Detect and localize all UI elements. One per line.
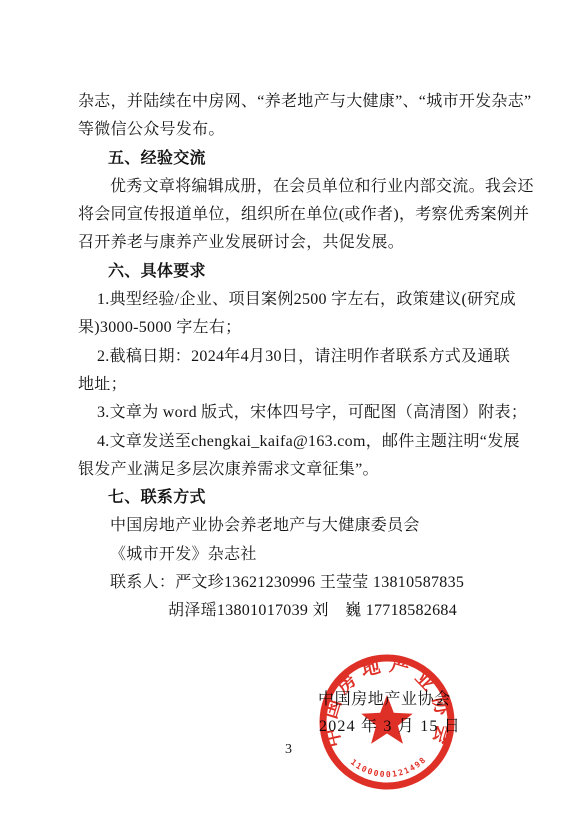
seal-graphic: 中国房地产业协会 1100000121498 bbox=[317, 652, 457, 792]
body-line: 3.文章为 word 版式，宋体四号字，可配图（高清图）附表； bbox=[78, 399, 528, 427]
page-number: 3 bbox=[0, 742, 577, 758]
star-icon bbox=[361, 695, 412, 744]
body-line: 银发产业满足多层次康养需求文章征集”。 bbox=[78, 456, 528, 484]
body-line: 果)3000-5000 字左右； bbox=[78, 314, 528, 342]
body-line: 地址； bbox=[78, 371, 528, 399]
body-line: 2.截稿日期：2024年4月30日，请注明作者联系方式及通联 bbox=[78, 343, 528, 371]
body-line: 将会同宣传报道单位，组织所在单位(或作者)，考察优秀案例并 bbox=[78, 201, 528, 229]
section-heading-6: 六、具体要求 bbox=[78, 258, 528, 286]
contact-line: 胡泽瑶13801017039 刘 巍 17718582684 bbox=[78, 597, 528, 625]
body-line: 1.典型经验/企业、项目案例2500 字左右，政策建议(研究成 bbox=[78, 286, 528, 314]
section-heading-5: 五、经验交流 bbox=[78, 145, 528, 173]
official-seal: 中国房地产业协会 1100000121498 bbox=[317, 652, 457, 792]
body-line: 4.文章发送至chengkai_kaifa@163.com，邮件主题注明“发展 bbox=[78, 428, 528, 456]
body-line: 召开养老与康养产业发展研讨会，共促发展。 bbox=[78, 229, 528, 257]
org-name-line: 中国房地产业协会养老地产与大健康委员会 bbox=[78, 512, 528, 540]
section-heading-7: 七、联系方式 bbox=[78, 484, 528, 512]
document-page: 杂志，并陆续在中房网、“养老地产与大健康”、“城市开发杂志” 等微信公众号发布。… bbox=[0, 0, 577, 817]
body-line: 优秀文章将编辑成册，在会员单位和行业内部交流。我会还 bbox=[78, 173, 528, 201]
magazine-line: 《城市开发》杂志社 bbox=[78, 541, 528, 569]
contact-line: 联系人：严文珍13621230996 王莹莹 13810587835 bbox=[78, 569, 528, 597]
body-line: 杂志，并陆续在中房网、“养老地产与大健康”、“城市开发杂志” bbox=[78, 88, 528, 116]
document-body: 杂志，并陆续在中房网、“养老地产与大健康”、“城市开发杂志” 等微信公众号发布。… bbox=[78, 88, 528, 626]
body-line: 等微信公众号发布。 bbox=[78, 116, 528, 144]
